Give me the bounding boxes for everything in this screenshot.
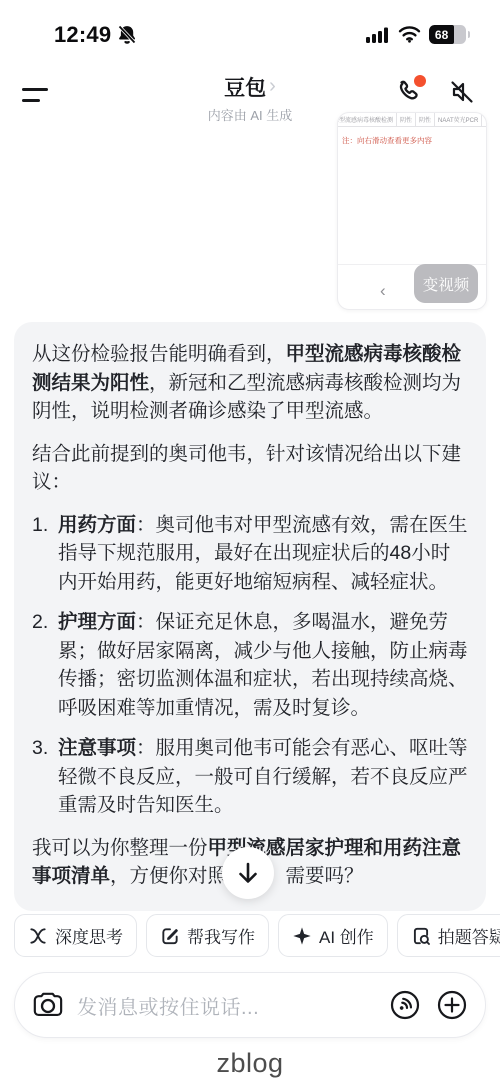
photo-qa-icon <box>411 926 431 946</box>
camera-icon <box>32 991 64 1019</box>
call-button[interactable] <box>394 78 422 106</box>
wifi-icon <box>398 26 421 43</box>
sparkle-icon <box>292 926 312 946</box>
bell-slash-icon <box>116 24 138 46</box>
plus-button[interactable] <box>436 989 468 1021</box>
watermark: zblog <box>0 1048 500 1079</box>
doubao-chat-screen: 12:49 <box>0 0 500 1086</box>
voice-wave-icon <box>389 989 421 1021</box>
bot-name: 豆包 <box>224 72 266 102</box>
mute-icon <box>448 78 476 106</box>
scroll-to-bottom-button[interactable] <box>222 847 274 899</box>
voice-wave-button[interactable] <box>389 989 421 1021</box>
camera-button[interactable] <box>32 991 64 1019</box>
swipe-note: 注：向右滑动查看更多内容 <box>342 135 432 146</box>
to-video-button[interactable]: 变视频 <box>414 264 478 303</box>
message-input[interactable]: 发消息或按住说话... <box>77 991 389 1020</box>
arrow-down-icon <box>235 860 261 886</box>
message-paragraph-2: 结合此前提到的奥司他韦，针对该情况给出以下建议： <box>32 440 468 497</box>
report-table-row: 乙型流感病毒核酸检测 阴性 阴性 NAAT荧光PCR 4 <box>337 112 487 127</box>
chip-deep-think[interactable]: 深度思考 <box>14 914 137 957</box>
chip-ai-create[interactable]: AI 创作 <box>278 914 388 957</box>
deep-think-icon <box>28 926 48 946</box>
message-input-bar[interactable]: 发消息或按住说话... <box>14 972 486 1038</box>
chevron-right-icon: › <box>269 75 276 98</box>
suggestion-chips-row: 深度思考 帮我写作 AI 创作 拍题答疑 <box>0 914 500 958</box>
cellular-icon <box>366 27 390 43</box>
clock: 12:49 <box>54 22 111 48</box>
list-item: 3. 注意事项：服用奥司他韦可能会有恶心、呕吐等轻微不良反应，一般可自行缓解，若… <box>32 734 468 820</box>
assistant-message-bubble: 从这份检验报告能明确看到，甲型流感病毒核酸检测结果为阳性，新冠和乙型流感病毒核酸… <box>14 322 486 911</box>
chip-photo-qa[interactable]: 拍题答疑 <box>397 914 500 957</box>
write-icon <box>160 926 180 946</box>
report-image-card[interactable]: 乙型流感病毒核酸检测 阴性 阴性 NAAT荧光PCR 4 注：向右滑动查看更多内… <box>337 112 487 310</box>
battery-icon: 68 <box>429 25 470 44</box>
chip-help-write[interactable]: 帮我写作 <box>146 914 269 957</box>
chevron-left-icon[interactable]: ‹ <box>380 282 386 299</box>
battery-percent: 68 <box>435 28 448 42</box>
call-badge <box>414 75 426 87</box>
message-paragraph-1: 从这份检验报告能明确看到，甲型流感病毒核酸检测结果为阳性，新冠和乙型流感病毒核酸… <box>32 340 468 426</box>
advice-list: 1. 用药方面：奥司他韦对甲型流感有效，需在医生指导下规范服用，最好在出现症状后… <box>32 511 468 820</box>
status-bar: 12:49 <box>0 18 500 54</box>
list-item: 2. 护理方面：保证充足休息，多喝温水，避免劳累；做好居家隔离，减少与他人接触，… <box>32 608 468 722</box>
list-item: 1. 用药方面：奥司他韦对甲型流感有效，需在医生指导下规范服用，最好在出现症状后… <box>32 511 468 597</box>
mute-button[interactable] <box>448 78 476 106</box>
plus-icon <box>436 989 468 1021</box>
